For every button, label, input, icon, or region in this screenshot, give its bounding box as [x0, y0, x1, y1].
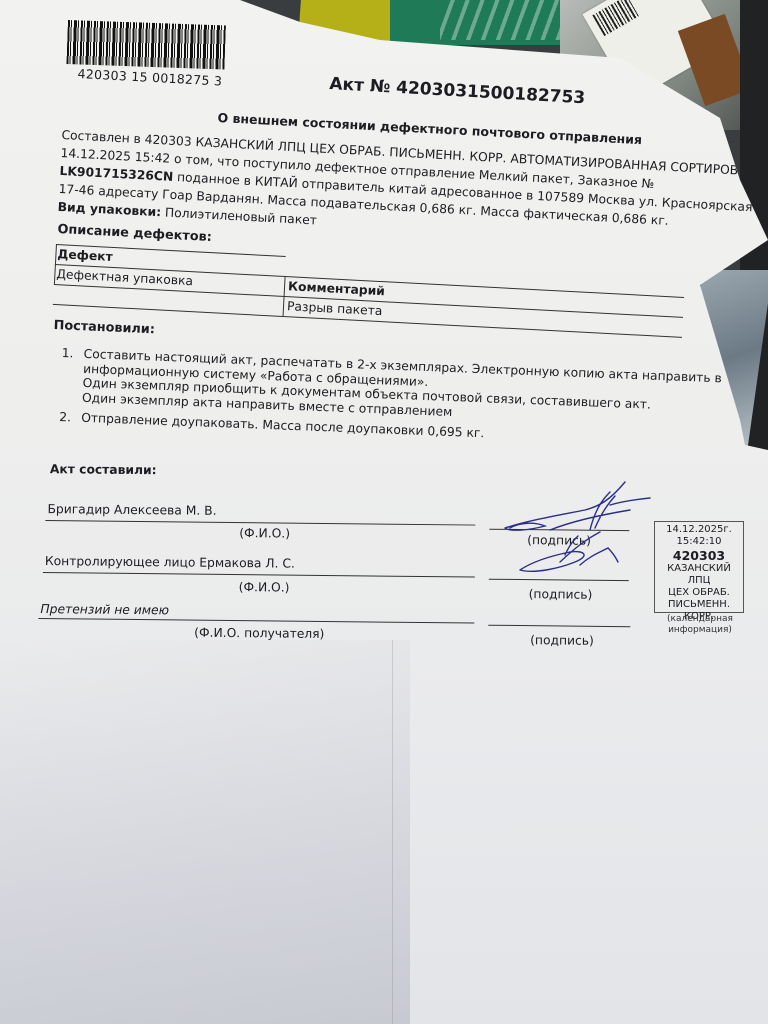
barcode-number: 420303 15 0018275 3: [77, 66, 222, 89]
calendar-stamp: 14.12.2025г. 15:42:10 420303 КАЗАНСКИЙ Л…: [654, 521, 744, 613]
stamp-office: ЦЕХ ОБРАБ.: [655, 587, 743, 599]
resolved-title: Постановили:: [53, 318, 155, 337]
stamp-caption-line: информация): [652, 625, 748, 636]
resolutions-list: 1.Составить настоящий акт, распечатать в…: [59, 346, 722, 450]
list-item-number: 1.: [61, 346, 84, 361]
recipient-claim: Претензий не имею: [40, 602, 169, 617]
defect-act-document: 420303 15 0018275 3 Акт № 42030315001827…: [0, 0, 768, 1024]
act-title: Акт № 4203031500182753: [329, 74, 586, 108]
name-line: [43, 572, 475, 578]
defects-table: Дефект Комментарий Дефектная упаковка Ра…: [56, 244, 685, 277]
stamp-date: 14.12.2025г.: [655, 524, 743, 536]
name-line: [45, 520, 475, 526]
background-label-barcode: [592, 0, 639, 36]
stamp-caption: (календарная информация): [652, 614, 748, 636]
act-label: Акт №: [329, 74, 391, 97]
name-line: [38, 618, 474, 624]
signature-caption: (подпись): [530, 633, 594, 648]
signatory-name: Бригадир Алексеева М. В.: [47, 502, 216, 518]
defects-title: Описание дефектов:: [57, 222, 212, 245]
name-caption: (Ф.И.О. получателя): [194, 626, 324, 641]
act-number: 4203031500182753: [396, 78, 586, 109]
compiled-title: Акт составили:: [50, 462, 157, 477]
paper-sheet: 420303 15 0018275 3 Акт № 42030315001827…: [0, 0, 768, 1024]
table-header-defect: Дефект: [57, 247, 113, 264]
table-header-comment: Комментарий: [288, 279, 386, 298]
handwritten-signature-icon: [490, 470, 660, 590]
stamp-caption-line: (календарная: [652, 614, 748, 625]
barcode-icon: [66, 20, 225, 69]
stamp-index: 420303: [655, 548, 743, 563]
list-item-number: 2.: [59, 410, 82, 425]
stamp-time: 15:42:10: [655, 536, 743, 548]
packaging-label: Вид упаковки:: [57, 200, 161, 219]
signatory-name: Контролирующее лицо Ермакова Л. С.: [45, 554, 295, 571]
name-caption: (Ф.И.О.): [239, 580, 290, 595]
signatures-block: Акт составили: Бригадир Алексеева М. В. …: [40, 462, 640, 468]
name-caption: (Ф.И.О.): [239, 526, 290, 541]
table-cell-comment: Разрыв пакета: [287, 299, 383, 318]
signature-line: [488, 625, 630, 627]
stamp-office: КАЗАНСКИЙ ЛПЦ: [655, 563, 743, 587]
